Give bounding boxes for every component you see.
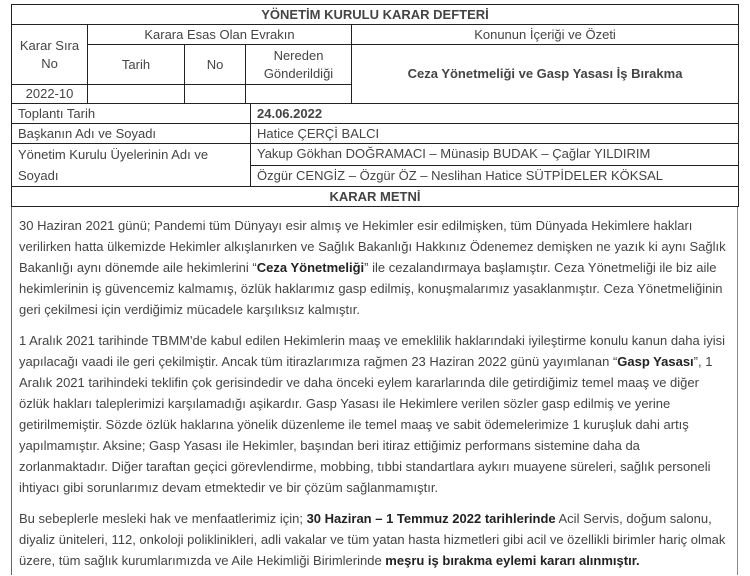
- uyeler-line-1: Yakup Gökhan DOĞRAMACI – Münasip BUDAK –…: [251, 144, 739, 166]
- decision-text-body: 30 Haziran 2021 günü; Pandemi tüm Dünyay…: [11, 207, 738, 575]
- paragraph-1: 30 Haziran 2021 günü; Pandemi tüm Dünyay…: [19, 215, 731, 320]
- karara-esas-header: Karara Esas Olan Evrakın: [88, 25, 352, 45]
- toplanti-tarih-value: 24.06.2022: [251, 104, 739, 124]
- paragraph-3: Bu sebeplerle mesleki hak ve menfaatleri…: [19, 508, 731, 571]
- nereden-value: [246, 85, 352, 104]
- toplanti-tarih-label: Toplantı Tarih: [12, 104, 251, 124]
- nereden-header: Nereden Gönderildiği: [246, 45, 352, 85]
- decision-ledger-document: YÖNETİM KURULU KARAR DEFTERİ Karar Sıra …: [11, 4, 738, 575]
- baskan-label: Başkanın Adı ve Soyadı: [12, 124, 251, 144]
- tarih-value: [88, 85, 185, 104]
- decision-header-table: YÖNETİM KURULU KARAR DEFTERİ Karar Sıra …: [11, 4, 739, 104]
- no-header: No: [185, 45, 246, 85]
- baskan-value: Hatice ÇERÇİ BALCI: [251, 124, 739, 144]
- konu-value: Ceza Yönetmeliği ve Gasp Yasası İş Bırak…: [352, 45, 739, 104]
- karar-sira-no-value: 2022-10: [12, 85, 88, 104]
- meeting-info-table: Toplantı Tarih 24.06.2022 Başkanın Adı v…: [11, 103, 739, 207]
- no-value: [185, 85, 246, 104]
- tarih-header: Tarih: [88, 45, 185, 85]
- uyeler-line-2: Özgür CENGİZ – Özgür ÖZ – Neslihan Hatic…: [251, 165, 739, 187]
- document-title: YÖNETİM KURULU KARAR DEFTERİ: [12, 5, 739, 25]
- uyeler-label: Yönetim Kurulu Üyelerinin Adı ve Soyadı: [12, 144, 251, 187]
- paragraph-2: 1 Aralık 2021 tarihinde TBMM'de kabul ed…: [19, 330, 731, 498]
- konu-header: Konunun İçeriği ve Özeti: [352, 25, 739, 45]
- karar-sira-no-header: Karar Sıra No: [12, 25, 88, 85]
- karar-metni-title: KARAR METNİ: [12, 187, 739, 207]
